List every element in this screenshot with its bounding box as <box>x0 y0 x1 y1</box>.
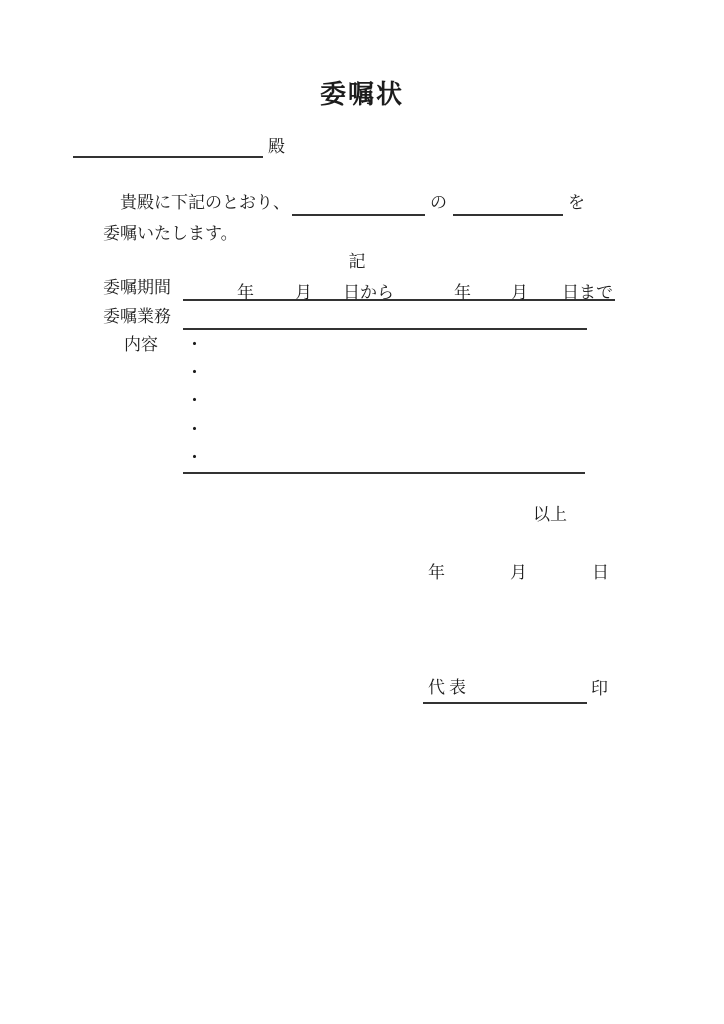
duties-label-line2: 内容 <box>124 334 158 356</box>
body-line-2: 委嘱いたします。 <box>103 223 238 245</box>
bullet-marker: ・ <box>186 335 203 354</box>
body-line1-prefix: 貴殿に下記のとおり、 <box>120 192 290 214</box>
record-marker: 記 <box>0 247 714 272</box>
period-year-to-label: 年 <box>454 278 471 303</box>
addressee-suffix-label: 殿 <box>268 136 285 158</box>
representative-signature-line[interactable]: 代表 <box>423 676 587 704</box>
bullet-marker: ・ <box>186 391 203 410</box>
bullet-marker: ・ <box>186 363 203 382</box>
period-month-to-label: 月 <box>511 278 528 303</box>
period-day-from-label: 日から <box>343 278 394 303</box>
period-day-to-label: 日まで <box>562 278 613 303</box>
document-page: 委嘱状 殿 貴殿に下記のとおり、 の を 委嘱いたします。 記 委嘱期間 年 月… <box>0 0 724 1024</box>
bullet-marker: ・ <box>186 420 203 439</box>
period-year-from-label: 年 <box>237 278 254 303</box>
bullet-item[interactable]: ・ <box>183 387 585 415</box>
commissioned-party-blank[interactable] <box>292 192 425 216</box>
particle-wo-label: を <box>568 192 585 214</box>
date-day-label: 日 <box>592 562 609 584</box>
bullet-item[interactable]: ・ <box>183 359 585 387</box>
period-label: 委嘱期間 <box>103 277 171 299</box>
representative-label: 代表 <box>423 676 470 700</box>
bullet-item[interactable]: ・ <box>183 416 585 444</box>
addressee-name-blank[interactable] <box>73 134 263 158</box>
period-month-from-label: 月 <box>295 278 312 303</box>
seal-label: 印 <box>591 678 608 700</box>
duties-fill-line[interactable] <box>183 304 587 330</box>
duties-label-line1: 委嘱業務 <box>103 306 171 328</box>
duties-bullet-area[interactable]: ・ ・ ・ ・ ・ <box>183 331 585 474</box>
closing-marker: 以上 <box>533 504 567 526</box>
bullet-item[interactable]: ・ <box>183 331 585 359</box>
bullet-marker: ・ <box>186 448 203 467</box>
document-title: 委嘱状 <box>0 74 724 111</box>
commissioned-role-blank[interactable] <box>453 192 563 216</box>
date-year-label: 年 <box>428 562 445 584</box>
period-fill-line[interactable]: 年 月 日から 年 月 日まで <box>183 275 615 301</box>
date-month-label: 月 <box>510 562 527 584</box>
bullet-item[interactable]: ・ <box>183 444 585 472</box>
particle-no-label: の <box>430 192 447 214</box>
